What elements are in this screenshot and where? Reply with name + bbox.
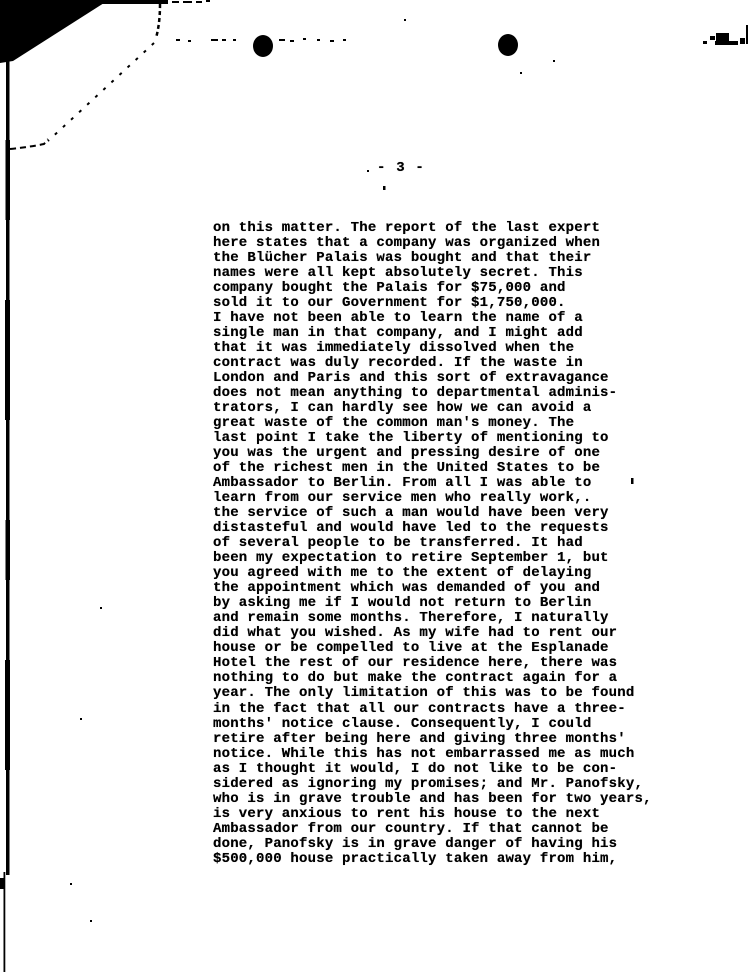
text-line: year. The only limitation of this was to… xyxy=(213,686,683,701)
text-line: trators, I can hardly see how we can avo… xyxy=(213,401,683,416)
top-edge-dashes xyxy=(172,0,210,3)
text-line: who is in grave trouble and has been for… xyxy=(213,792,683,807)
text-line: company bought the Palais for $75,000 an… xyxy=(213,281,683,296)
left-edge-line xyxy=(0,58,10,972)
text-line: notice. While this has not embarrassed m… xyxy=(213,747,683,762)
text-line: done, Panofsky is in grave danger of hav… xyxy=(213,837,683,852)
dotted-scan-line xyxy=(176,38,346,42)
crease-horizontal-dashed xyxy=(10,139,48,149)
text-line: that it was immediately dissolved when t… xyxy=(213,341,683,356)
hole-punch-right xyxy=(498,34,518,56)
text-line: names were all kept absolutely secret. T… xyxy=(213,266,683,281)
text-line: sidered as ignoring my promises; and Mr.… xyxy=(213,777,683,792)
crease-vertical-dashed xyxy=(156,4,160,38)
document-page: - 3 - on this matter. The report of the … xyxy=(0,0,750,972)
text-line: does not mean anything to departmental a… xyxy=(213,386,683,401)
page-number: - 3 - xyxy=(377,160,425,176)
text-line: retire after being here and giving three… xyxy=(213,732,683,747)
text-line: contract was duly recorded. If the waste… xyxy=(213,356,683,371)
text-line: I have not been able to learn the name o… xyxy=(213,311,683,326)
text-line: last point I take the liberty of mention… xyxy=(213,431,683,446)
text-line: the Blücher Palais was bought and that t… xyxy=(213,251,683,266)
top-edge-bar xyxy=(96,0,168,4)
text-line: as I thought it would, I do not like to … xyxy=(213,762,683,777)
hole-punch-left xyxy=(253,35,273,57)
text-line: sold it to our Government for $1,750,000… xyxy=(213,296,683,311)
text-line: you was the urgent and pressing desire o… xyxy=(213,446,683,461)
text-line: is very anxious to rent his house to the… xyxy=(213,807,683,822)
text-line: $500,000 house practically taken away fr… xyxy=(213,852,683,867)
top-right-smudge xyxy=(703,25,748,45)
text-line: in the fact that all our contracts have … xyxy=(213,702,683,717)
text-line: months' notice clause. Consequently, I c… xyxy=(213,717,683,732)
text-line: great waste of the common man's money. T… xyxy=(213,416,683,431)
text-line: Ambassador from our country. If that can… xyxy=(213,822,683,837)
crease-diagonal-dashed xyxy=(48,43,154,141)
text-line: single man in that company, and I might … xyxy=(213,326,683,341)
corner-fold-mark xyxy=(0,0,105,63)
text-line: London and Paris and this sort of extrav… xyxy=(213,371,683,386)
text-line: on this matter. The report of the last e… xyxy=(213,221,683,236)
letter-body-text: on this matter. The report of the last e… xyxy=(213,221,683,867)
text-line: here states that a company was organized… xyxy=(213,236,683,251)
text-line: of the richest men in the United States … xyxy=(213,461,683,476)
